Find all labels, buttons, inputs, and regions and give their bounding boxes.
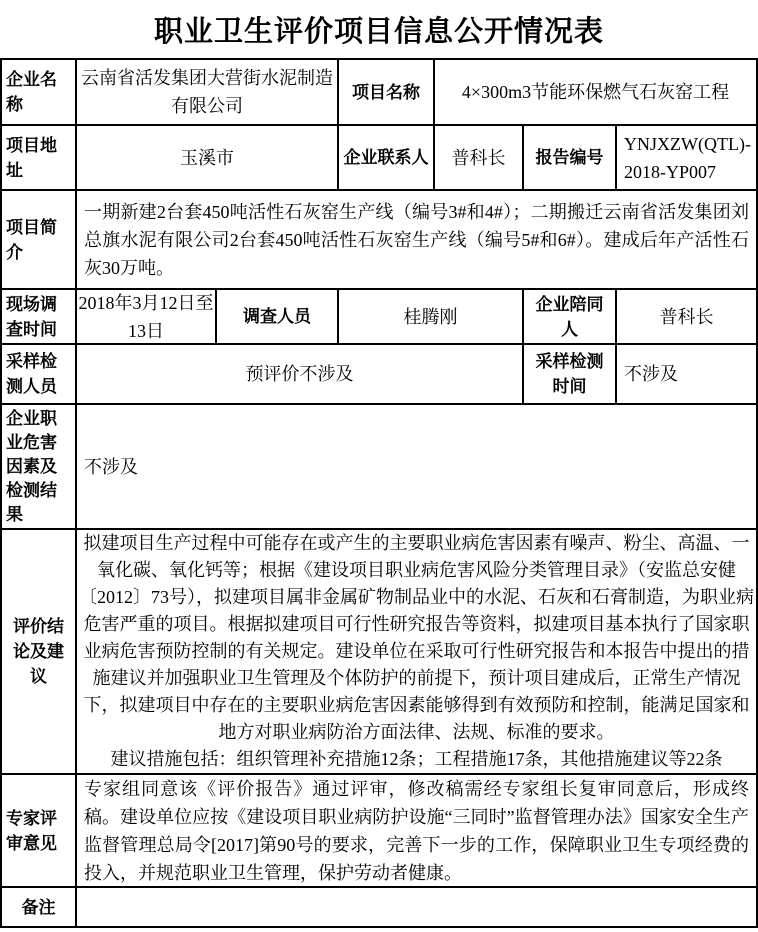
sampling-time-value: 不涉及 [617, 345, 756, 403]
sampling-staff-value: 预评价不涉及 [77, 345, 522, 403]
sampling-time-label: 采样检测 时间 [524, 345, 615, 403]
company-escort-value: 普科长 [617, 290, 756, 343]
company-contact-value: 普科长 [435, 126, 522, 189]
hazard-factors-value: 不涉及 [77, 405, 756, 528]
project-summary-value: 一期新建2台套450吨活性石灰窑生产线（编号3#和4#）；二期搬迁云南省活发集团… [77, 191, 756, 288]
sampling-staff-label: 采样检测人员 [2, 345, 75, 403]
conclusion-label: 评价结论及建议 [2, 530, 75, 773]
survey-time-value: 2018年3月12日至 13日 [77, 290, 215, 343]
remarks-value [77, 888, 756, 926]
project-address-value: 玉溪市 [77, 126, 337, 189]
company-name-value: 云南省活发集团大营街水泥制造有限公司 [77, 60, 337, 124]
project-name-label: 项目名称 [339, 60, 433, 124]
company-name-label: 企业名称 [2, 60, 75, 124]
conclusion-paragraph-1: 拟建项目生产过程中可能存在或产生的主要职业病危害因素有噪声、粉尘、高温、一氧化碳… [79, 530, 754, 746]
page-title: 职业卫生评价项目信息公开情况表 [0, 0, 758, 58]
hazard-factors-label: 企业职业危害因素及检测结果 [2, 405, 75, 528]
report-no-label: 报告编号 [524, 126, 615, 189]
conclusion-value: 拟建项目生产过程中可能存在或产生的主要职业病危害因素有噪声、粉尘、高温、一氧化碳… [77, 530, 756, 773]
project-summary-label: 项目简介 [2, 191, 75, 288]
expert-review-label: 专家评审意见 [2, 775, 75, 886]
project-name-value: 4×300m3节能环保燃气石灰窑工程 [435, 60, 756, 124]
info-table: 企业名称 云南省活发集团大营街水泥制造有限公司 项目名称 4×300m3节能环保… [0, 58, 758, 928]
company-escort-label: 企业陪同人 [524, 290, 615, 343]
survey-time-label: 现场调查时间 [2, 290, 75, 343]
remarks-label: 备注 [2, 888, 75, 926]
surveyor-label: 调查人员 [217, 290, 337, 343]
project-address-label: 项目地址 [2, 126, 75, 189]
expert-review-value: 专家组同意该《评价报告》通过评审，修改稿需经专家组长复审同意后，形成终稿。建设单… [77, 775, 756, 886]
report-no-value: YNJXZW(QTL)- 2018-YP007 [617, 126, 756, 189]
conclusion-paragraph-2: 建议措施包括：组织管理补充措施12条；工程措施17条，其他措施建议等22条 [111, 746, 723, 773]
surveyor-value: 桂腾刚 [339, 290, 522, 343]
company-contact-label: 企业联系人 [339, 126, 433, 189]
